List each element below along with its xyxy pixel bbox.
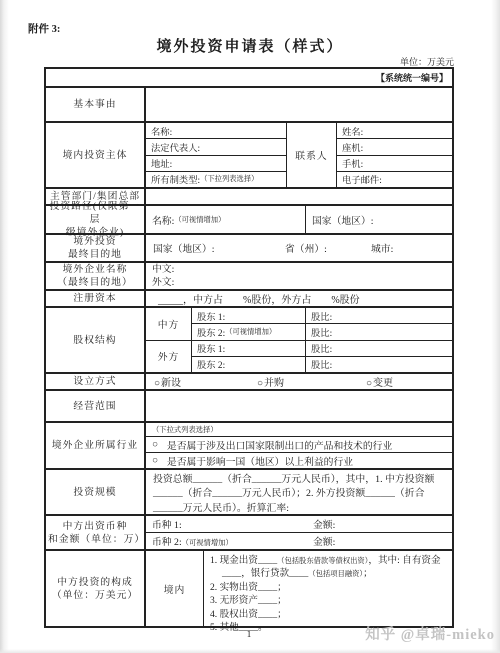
cn-shareholder1-row: 股东 1: 股比: [192, 308, 452, 323]
legal-rep-field: 法定代表人: [146, 138, 286, 154]
equity-structure-row: 股权结构 中方 股东 1: 股比: 股东 2: （可视情增加） [46, 306, 452, 372]
registered-capital-value: _____，中方占 %股份，外方占 %股份 [146, 291, 452, 306]
destination-province-field: 省（州）: [285, 241, 371, 255]
industry-row: 境外企业所属行业 （下拉式列表选择） ○ 是否属于涉及出口国家限制出口的产品和技… [46, 421, 452, 468]
destination-country-field: 国家（地区）: [153, 241, 285, 255]
investor-name-field: 名称: [146, 123, 286, 138]
composition-item-intangible: 3. 无形资产____； [210, 594, 446, 607]
currency2-row: 币种 2:（可视情增加） 金额: [146, 532, 452, 549]
attachment-label: 附件 3: [28, 21, 60, 36]
currency-amount-label: 中方出资币种 和金额（单位：万） [46, 516, 146, 549]
path-country-field: 国家（地区）: [306, 206, 452, 233]
domestic-investor-row: 境内投资主体 名称: 法定代表人: 地址: 所有制类型: （下拉列表选择） 联系… [46, 121, 452, 187]
radio-circle-icon: ○ [366, 378, 372, 389]
option-merger: ○并购 [257, 374, 366, 389]
foreign-side-label: 外方 [146, 341, 192, 373]
radio-circle-icon: ○ [152, 455, 158, 466]
industry-dropdown-note: （下拉式列表选择） [146, 423, 452, 436]
email-field: 电子邮件: [337, 171, 452, 187]
composition-item-inkind: 2. 实物出资____； [210, 581, 446, 594]
photo-bottom-edge [0, 649, 500, 653]
domestic-investor-label: 境内投资主体 [46, 123, 146, 187]
investment-composition-label: 中方投资的构成 （单位：万美元） [46, 551, 146, 626]
fr-shareholder1-row: 股东 1: 股比: [192, 341, 452, 356]
registered-capital-row: 注册资本 _____，中方占 %股份，外方占 %股份 [46, 289, 452, 306]
ownership-dropdown-note: （下拉列表选择） [200, 174, 258, 184]
landline-field: 座机: [337, 138, 452, 154]
option-change: ○变更 [366, 374, 393, 389]
address-field: 地址: [146, 155, 286, 171]
composition-item-cash: 1. 现金出资____（包括股东借款等债权出资），其中: 自有资金____，银行… [210, 554, 446, 581]
cn-shareholder2-row: 股东 2: （可视情增加） 股比: [192, 323, 452, 339]
path-name-field: 名称: （可视情增加） [146, 206, 306, 233]
radio-circle-icon: ○ [154, 378, 160, 389]
company-name-row: 境外企业名称 （最终目的地） 中文: 外文: [46, 261, 452, 289]
business-scope-value [146, 391, 452, 421]
chinese-side-label: 中方 [146, 308, 192, 340]
system-number: 【系统统一编号】 [376, 71, 448, 84]
contact-name-field: 姓名: [337, 123, 452, 138]
industry-option-export-restricted: ○ 是否属于涉及出口国家限制出口的产品和技术的行业 [146, 436, 452, 452]
investment-scale-text: 投资总额______（折合______万元人民币），其中，1. 中方投资额___… [146, 470, 452, 514]
currency1-row: 币种 1: 金额: [146, 516, 452, 532]
ownership-type-field: 所有制类型: （下拉列表选择） [146, 171, 286, 187]
option-new: ○新设 [154, 374, 257, 389]
industry-label: 境外企业所属行业 [46, 423, 146, 468]
radio-circle-icon: ○ [152, 439, 158, 450]
domestic-scope-label: 境内 [146, 551, 204, 626]
company-name-foreign-field: 外文: [152, 276, 452, 290]
basic-matter-value [146, 88, 452, 121]
contact-person-label: 联系人 [287, 123, 337, 187]
investment-scale-row: 投资规模 投资总额______（折合______万元人民币），其中，1. 中方投… [46, 468, 452, 514]
industry-option-multi-region: ○ 是否属于影响一国（地区）以上利益的行业 [146, 452, 452, 468]
cn-shareholder2-note: （可视情增加） [225, 327, 276, 337]
watermark: 知乎 @卓瑞-mieko [365, 623, 495, 644]
radio-circle-icon: ○ [257, 378, 263, 389]
path-name-note: （可视情增加） [174, 215, 225, 225]
final-destination-row: 境外投资 最终目的地 国家（地区）: 省（州）: 城市: [46, 233, 452, 261]
page-title: 境外投资申请表（样式） [0, 35, 500, 56]
application-form-table: 【系统统一编号】 基本事由 境内投资主体 名称: 法定代表人: 地址: 所有制类… [44, 67, 454, 628]
company-name-label: 境外企业名称 （最终目的地） [46, 263, 146, 289]
business-scope-label: 经营范围 [46, 391, 146, 421]
equity-structure-label: 股权结构 [46, 308, 146, 372]
currency2-note: （可视情增加） [182, 538, 233, 547]
equity-foreign-side: 外方 股东 1: 股比: 股东 2: 股比: [146, 340, 452, 373]
final-destination-label: 境外投资 最终目的地 [46, 235, 146, 261]
business-scope-row: 经营范围 [46, 389, 452, 421]
investment-path-label: 投资路径(仅限第一层 级境外企业) [46, 206, 146, 233]
fr-shareholder2-row: 股东 2: 股比: [192, 356, 452, 372]
mobile-field: 手机: [337, 155, 452, 171]
system-number-row: 【系统统一编号】 [46, 69, 452, 86]
destination-city-field: 城市: [371, 241, 393, 255]
company-name-chinese-field: 中文: [152, 263, 452, 277]
basic-matter-row: 基本事由 [46, 86, 452, 121]
investment-composition-row: 中方投资的构成 （单位：万美元） 境内 1. 现金出资____（包括股东借款等债… [46, 549, 452, 626]
establishment-method-label: 设立方式 [46, 374, 146, 389]
registered-capital-label: 注册资本 [46, 291, 146, 306]
currency-amount-row: 中方出资币种 和金额（单位：万） 币种 1: 金额: 币种 2:（可视情增加） … [46, 514, 452, 549]
supervisor-value [146, 189, 452, 204]
investment-path-row: 投资路径(仅限第一层 级境外企业) 名称: （可视情增加） 国家（地区）: [46, 204, 452, 233]
equity-chinese-side: 中方 股东 1: 股比: 股东 2: （可视情增加） 股比: [146, 308, 452, 340]
basic-matter-label: 基本事由 [46, 88, 146, 121]
investment-scale-label: 投资规模 [46, 470, 146, 514]
establishment-method-row: 设立方式 ○新设 ○并购 ○变更 [46, 372, 452, 389]
composition-item-equity: 4. 股权出资____； [210, 608, 446, 621]
